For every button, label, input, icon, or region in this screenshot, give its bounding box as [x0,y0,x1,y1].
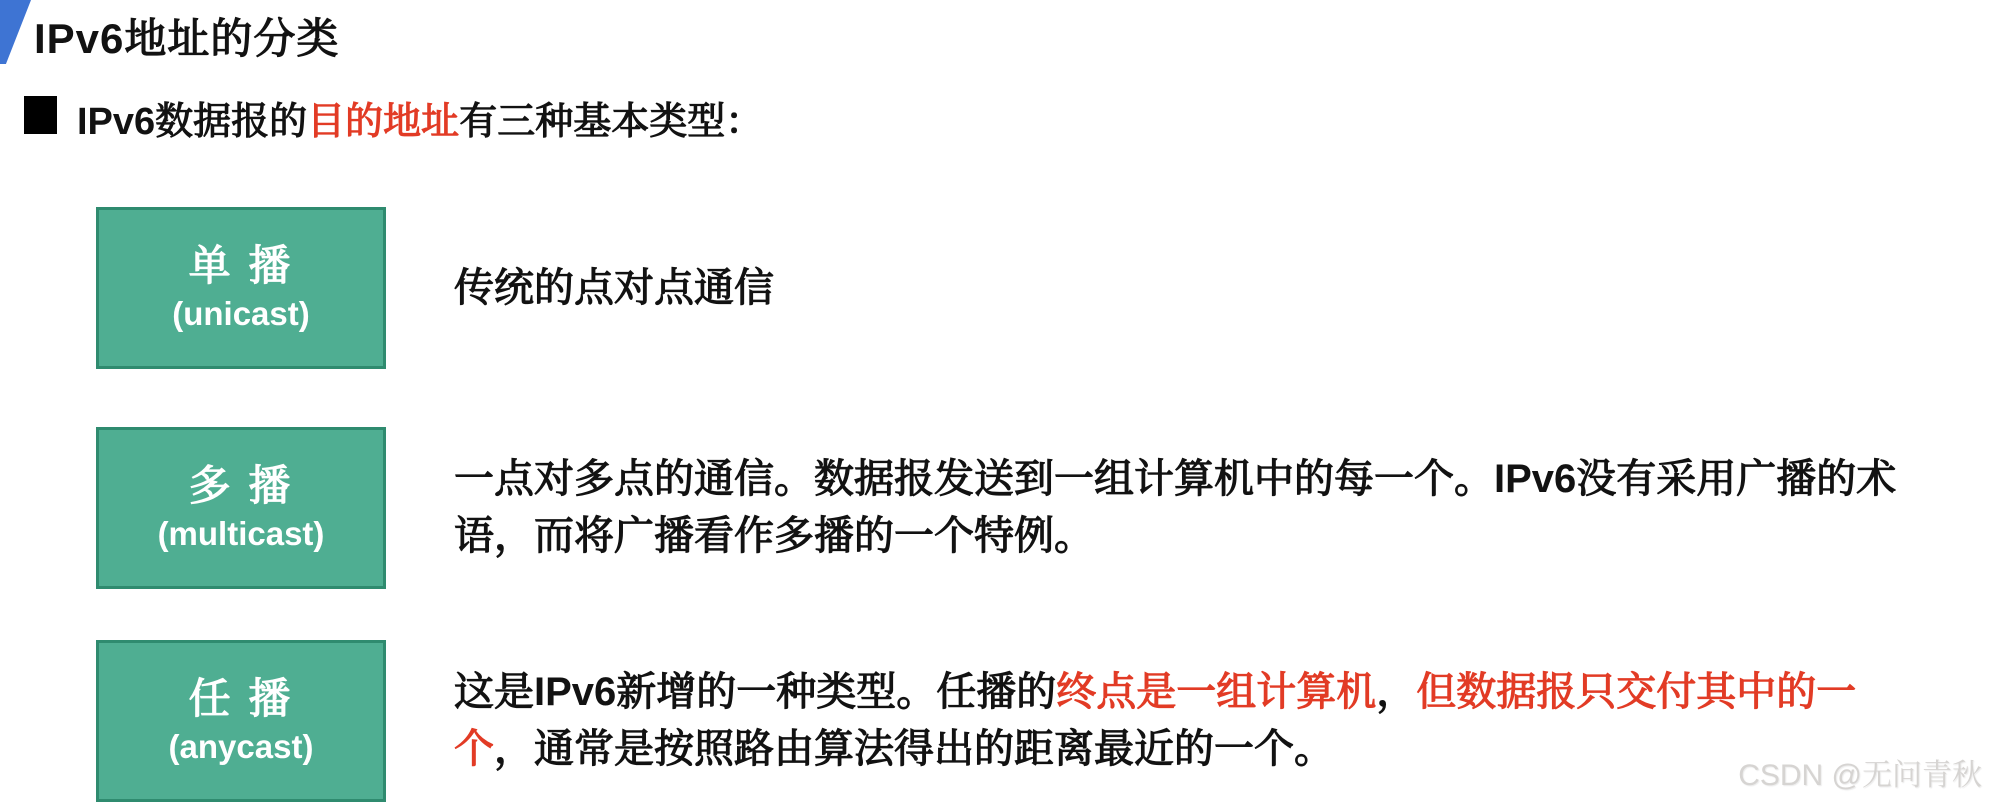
address-type-row: 单 播 (unicast) 传统的点对点通信 [96,207,1914,369]
desc-segment: 这是IPv6新增的一种类型。任播的 [454,670,1056,714]
desc-segment: 终点是一组计算机 [1056,670,1376,714]
type-box: 多 播 (multicast) [96,427,386,589]
desc-segment: 一点对多点的通信。数据报发送到一组计算机中的每一个。IPv6没有采用广播的术语，… [454,457,1896,558]
intro-prefix: IPv6数据报的 [77,101,307,143]
type-box-chinese-label: 单 播 [189,243,294,289]
desc-segment: ， [1376,670,1416,714]
type-box-chinese-label: 多 播 [189,463,294,509]
address-type-row: 任 播 (anycast) 这是IPv6新增的一种类型。任播的终点是一组计算机，… [96,640,1914,802]
type-description: 一点对多点的通信。数据报发送到一组计算机中的每一个。IPv6没有采用广播的术语，… [454,451,1914,565]
intro-text: IPv6数据报的目的地址有三种基本类型： [77,90,763,145]
page-title: IPv6地址的分类 [34,6,339,66]
intro-line: IPv6数据报的目的地址有三种基本类型： [24,90,763,145]
address-type-row: 多 播 (multicast) 一点对多点的通信。数据报发送到一组计算机中的每一… [96,427,1914,589]
type-description: 传统的点对点通信 [454,260,1914,317]
desc-segment: 传统的点对点通信 [454,266,774,310]
watermark: CSDN @无问青秋 [1738,750,1982,794]
type-box-english-label: (multicast) [158,516,325,552]
type-box-english-label: (unicast) [172,296,310,332]
desc-segment: 通常是按照路由算法得出的距离最近的一个。 [534,727,1334,771]
type-description: 这是IPv6新增的一种类型。任播的终点是一组计算机，但数据报只交付其中的一个，通… [454,664,1914,778]
intro-suffix: 有三种基本类型： [459,101,763,143]
accent-wedge-icon [0,0,33,64]
intro-highlight: 目的地址 [307,101,459,143]
desc-segment: ， [494,727,534,771]
square-bullet-icon [24,96,57,134]
type-box-english-label: (anycast) [169,729,314,765]
type-box: 任 播 (anycast) [96,640,386,802]
type-box: 单 播 (unicast) [96,207,386,369]
type-box-chinese-label: 任 播 [189,676,294,722]
